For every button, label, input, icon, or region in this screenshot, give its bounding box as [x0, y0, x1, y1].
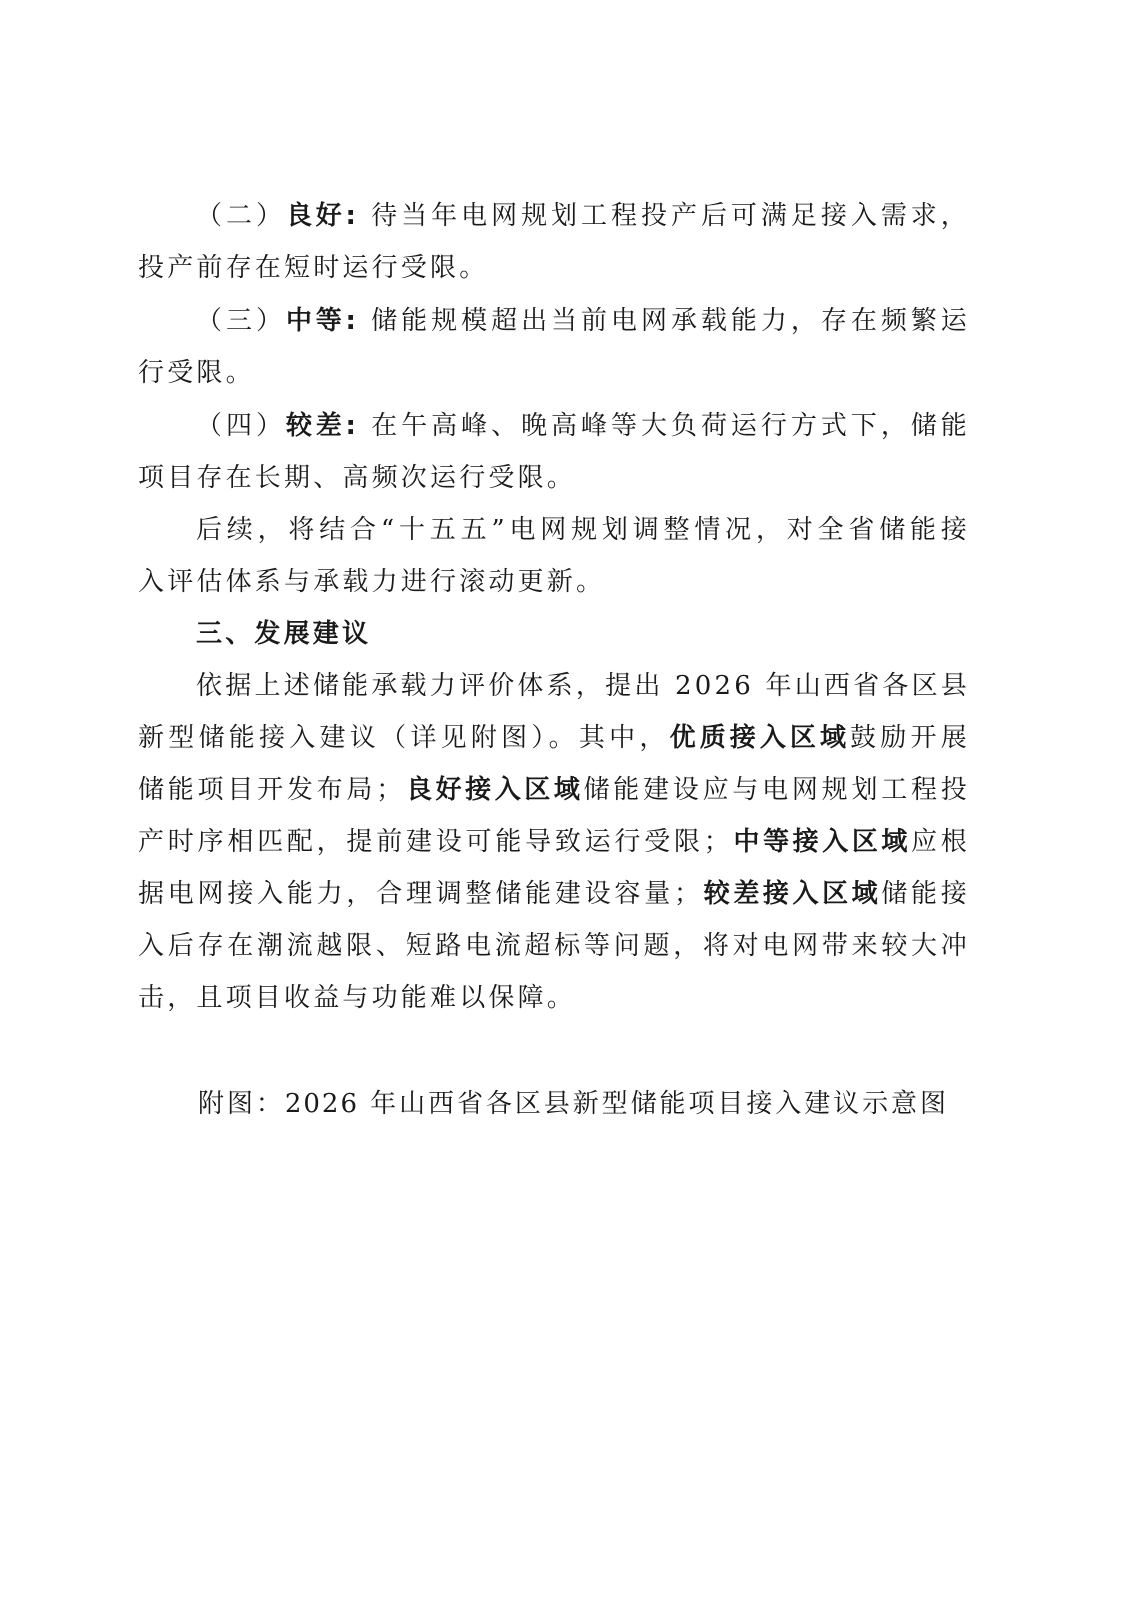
recommendation-line-7: 击，且项目收益与功能难以保障。	[138, 978, 970, 1018]
paragraph-text: 入评估体系与承载力进行滚动更新。	[138, 567, 605, 597]
item-label-good: 良好:	[286, 201, 359, 231]
item-text: 项目存在长期、高频次运行受限。	[138, 463, 576, 493]
recommendation-line-3: 储能项目开发布局；良好接入区域储能建设应与电网规划工程投	[138, 770, 970, 810]
item-label-poor: 较差:	[286, 411, 359, 441]
item-label-medium: 中等:	[286, 306, 359, 336]
emphasis-good-zone: 良好接入区域	[405, 775, 583, 805]
paragraph-text: 鼓励开展	[850, 723, 970, 753]
recommendation-line-4: 产时序相匹配，提前建设可能导致运行受限；中等接入区域应根	[138, 822, 970, 862]
emphasis-poor-zone: 较差接入区域	[703, 879, 881, 909]
paragraph-text: 储能项目开发布局；	[138, 775, 405, 805]
attachment-caption: 附图：2026 年山西省各区县新型储能项目接入建议示意图	[198, 1084, 948, 1124]
emphasis-premium-zone: 优质接入区域	[670, 723, 850, 753]
followup-line-2: 入评估体系与承载力进行滚动更新。	[138, 562, 970, 602]
paragraph-text: 产时序相匹配，提前建设可能导致运行受限；	[138, 827, 733, 857]
paragraph-text: 应根	[911, 827, 970, 857]
document-page: （二）良好: 待当年电网规划工程投产后可满足接入需求， 投产前存在短时运行受限。…	[0, 0, 1140, 1612]
paragraph-text: 储能接	[881, 879, 970, 909]
item-marker: （三）	[196, 306, 286, 336]
item-marker: （二）	[196, 201, 286, 231]
followup-line-1: 后续，将结合“十五五”电网规划调整情况，对全省储能接	[196, 510, 970, 550]
paragraph-text: 依据上述储能承载力评价体系，提出 2026 年山西省各区县	[196, 671, 970, 701]
recommendation-line-2: 新型储能接入建议（详见附图）。其中，优质接入区域鼓励开展	[138, 718, 970, 758]
recommendation-line-1: 依据上述储能承载力评价体系，提出 2026 年山西省各区县	[196, 666, 970, 706]
item-medium-line-2: 行受限。	[138, 353, 970, 393]
recommendation-line-6: 入后存在潮流越限、短路电流超标等问题，将对电网带来较大冲	[138, 926, 970, 966]
paragraph-text: 击，且项目收益与功能难以保障。	[138, 983, 576, 1013]
paragraph-text: 新型储能接入建议（详见附图）。其中，	[138, 723, 670, 753]
item-text: 待当年电网规划工程投产后可满足接入需求，	[371, 201, 970, 231]
item-marker: （四）	[196, 411, 286, 441]
item-poor-line-1: （四）较差: 在午高峰、晚高峰等大负荷运行方式下，储能	[196, 406, 970, 446]
item-text: 投产前存在短时运行受限。	[138, 253, 488, 283]
paragraph-text: 储能建设应与电网规划工程投	[583, 775, 970, 805]
item-poor-line-2: 项目存在长期、高频次运行受限。	[138, 458, 970, 498]
emphasis-medium-zone: 中等接入区域	[733, 827, 911, 857]
recommendation-line-5: 据电网接入能力，合理调整储能建设容量；较差接入区域储能接	[138, 874, 970, 914]
item-good-line-2: 投产前存在短时运行受限。	[138, 248, 970, 288]
item-good-line-1: （二）良好: 待当年电网规划工程投产后可满足接入需求，	[196, 196, 970, 236]
item-text: 储能规模超出当前电网承载能力，存在频繁运	[371, 306, 970, 336]
item-text: 在午高峰、晚高峰等大负荷运行方式下，储能	[371, 411, 970, 441]
item-medium-line-1: （三）中等: 储能规模超出当前电网承载能力，存在频繁运	[196, 301, 970, 341]
section-heading: 三、发展建议	[196, 614, 970, 654]
paragraph-text: 后续，将结合“十五五”电网规划调整情况，对全省储能接	[196, 515, 970, 545]
paragraph-text: 入后存在潮流越限、短路电流超标等问题，将对电网带来较大冲	[138, 931, 970, 961]
item-text: 行受限。	[138, 358, 255, 388]
paragraph-text: 据电网接入能力，合理调整储能建设容量；	[138, 879, 703, 909]
